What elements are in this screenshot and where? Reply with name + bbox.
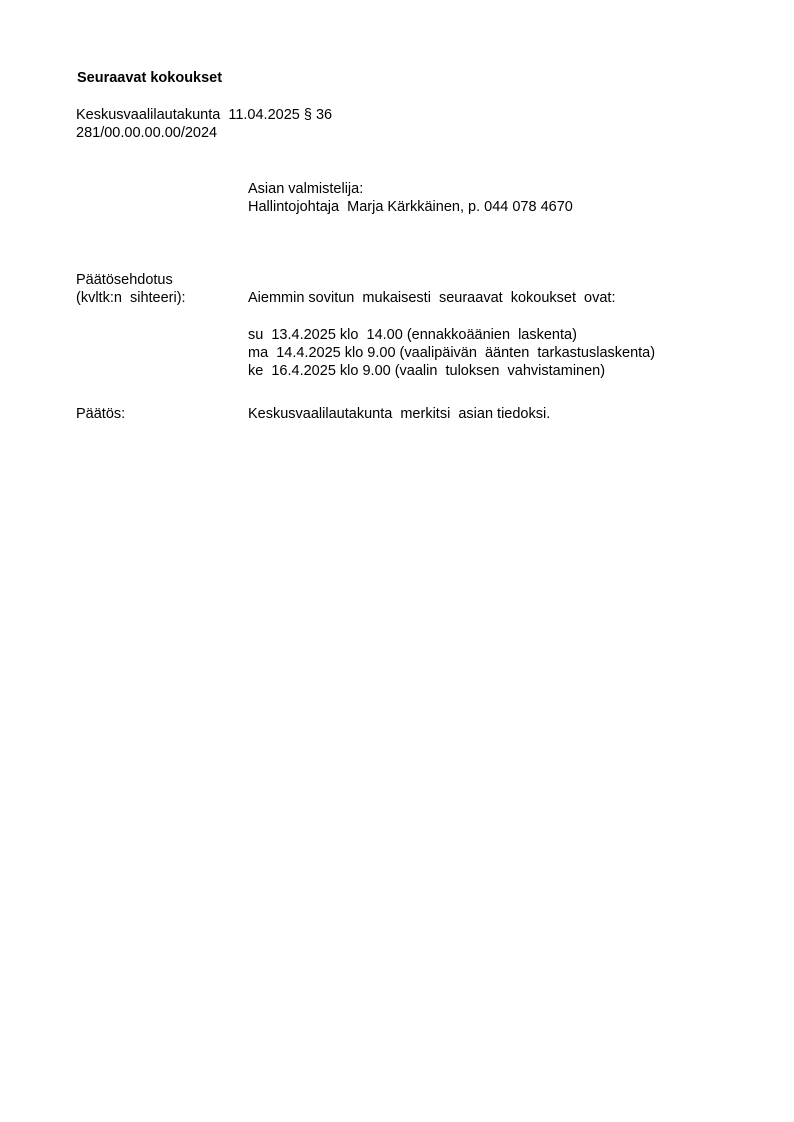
reference-number: 281/00.00.00.00/2024 [76, 124, 217, 142]
decision-label: Päätös: [76, 405, 125, 423]
proposal-intro: Aiemmin sovitun mukaisesti seuraavat kok… [248, 289, 616, 307]
meeting-body-and-date: Keskusvaalilautakunta 11.04.2025 § 36 [76, 106, 332, 124]
document-title: Seuraavat kokoukset [77, 69, 222, 87]
decision-text: Keskusvaalilautakunta merkitsi asian tie… [248, 405, 550, 423]
proposal-label-line2: (kvltk:n sihteeri): [76, 289, 186, 307]
preparer-name: Hallintojohtaja Marja Kärkkäinen, p. 044… [248, 198, 573, 216]
meeting-item: ke 16.4.2025 klo 9.00 (vaalin tuloksen v… [248, 362, 605, 380]
meeting-item: su 13.4.2025 klo 14.00 (ennakkoäänien la… [248, 326, 577, 344]
meeting-item: ma 14.4.2025 klo 9.00 (vaalipäivän äänte… [248, 344, 655, 362]
proposal-label-line1: Päätösehdotus [76, 271, 173, 289]
preparer-label: Asian valmistelija: [248, 180, 363, 198]
